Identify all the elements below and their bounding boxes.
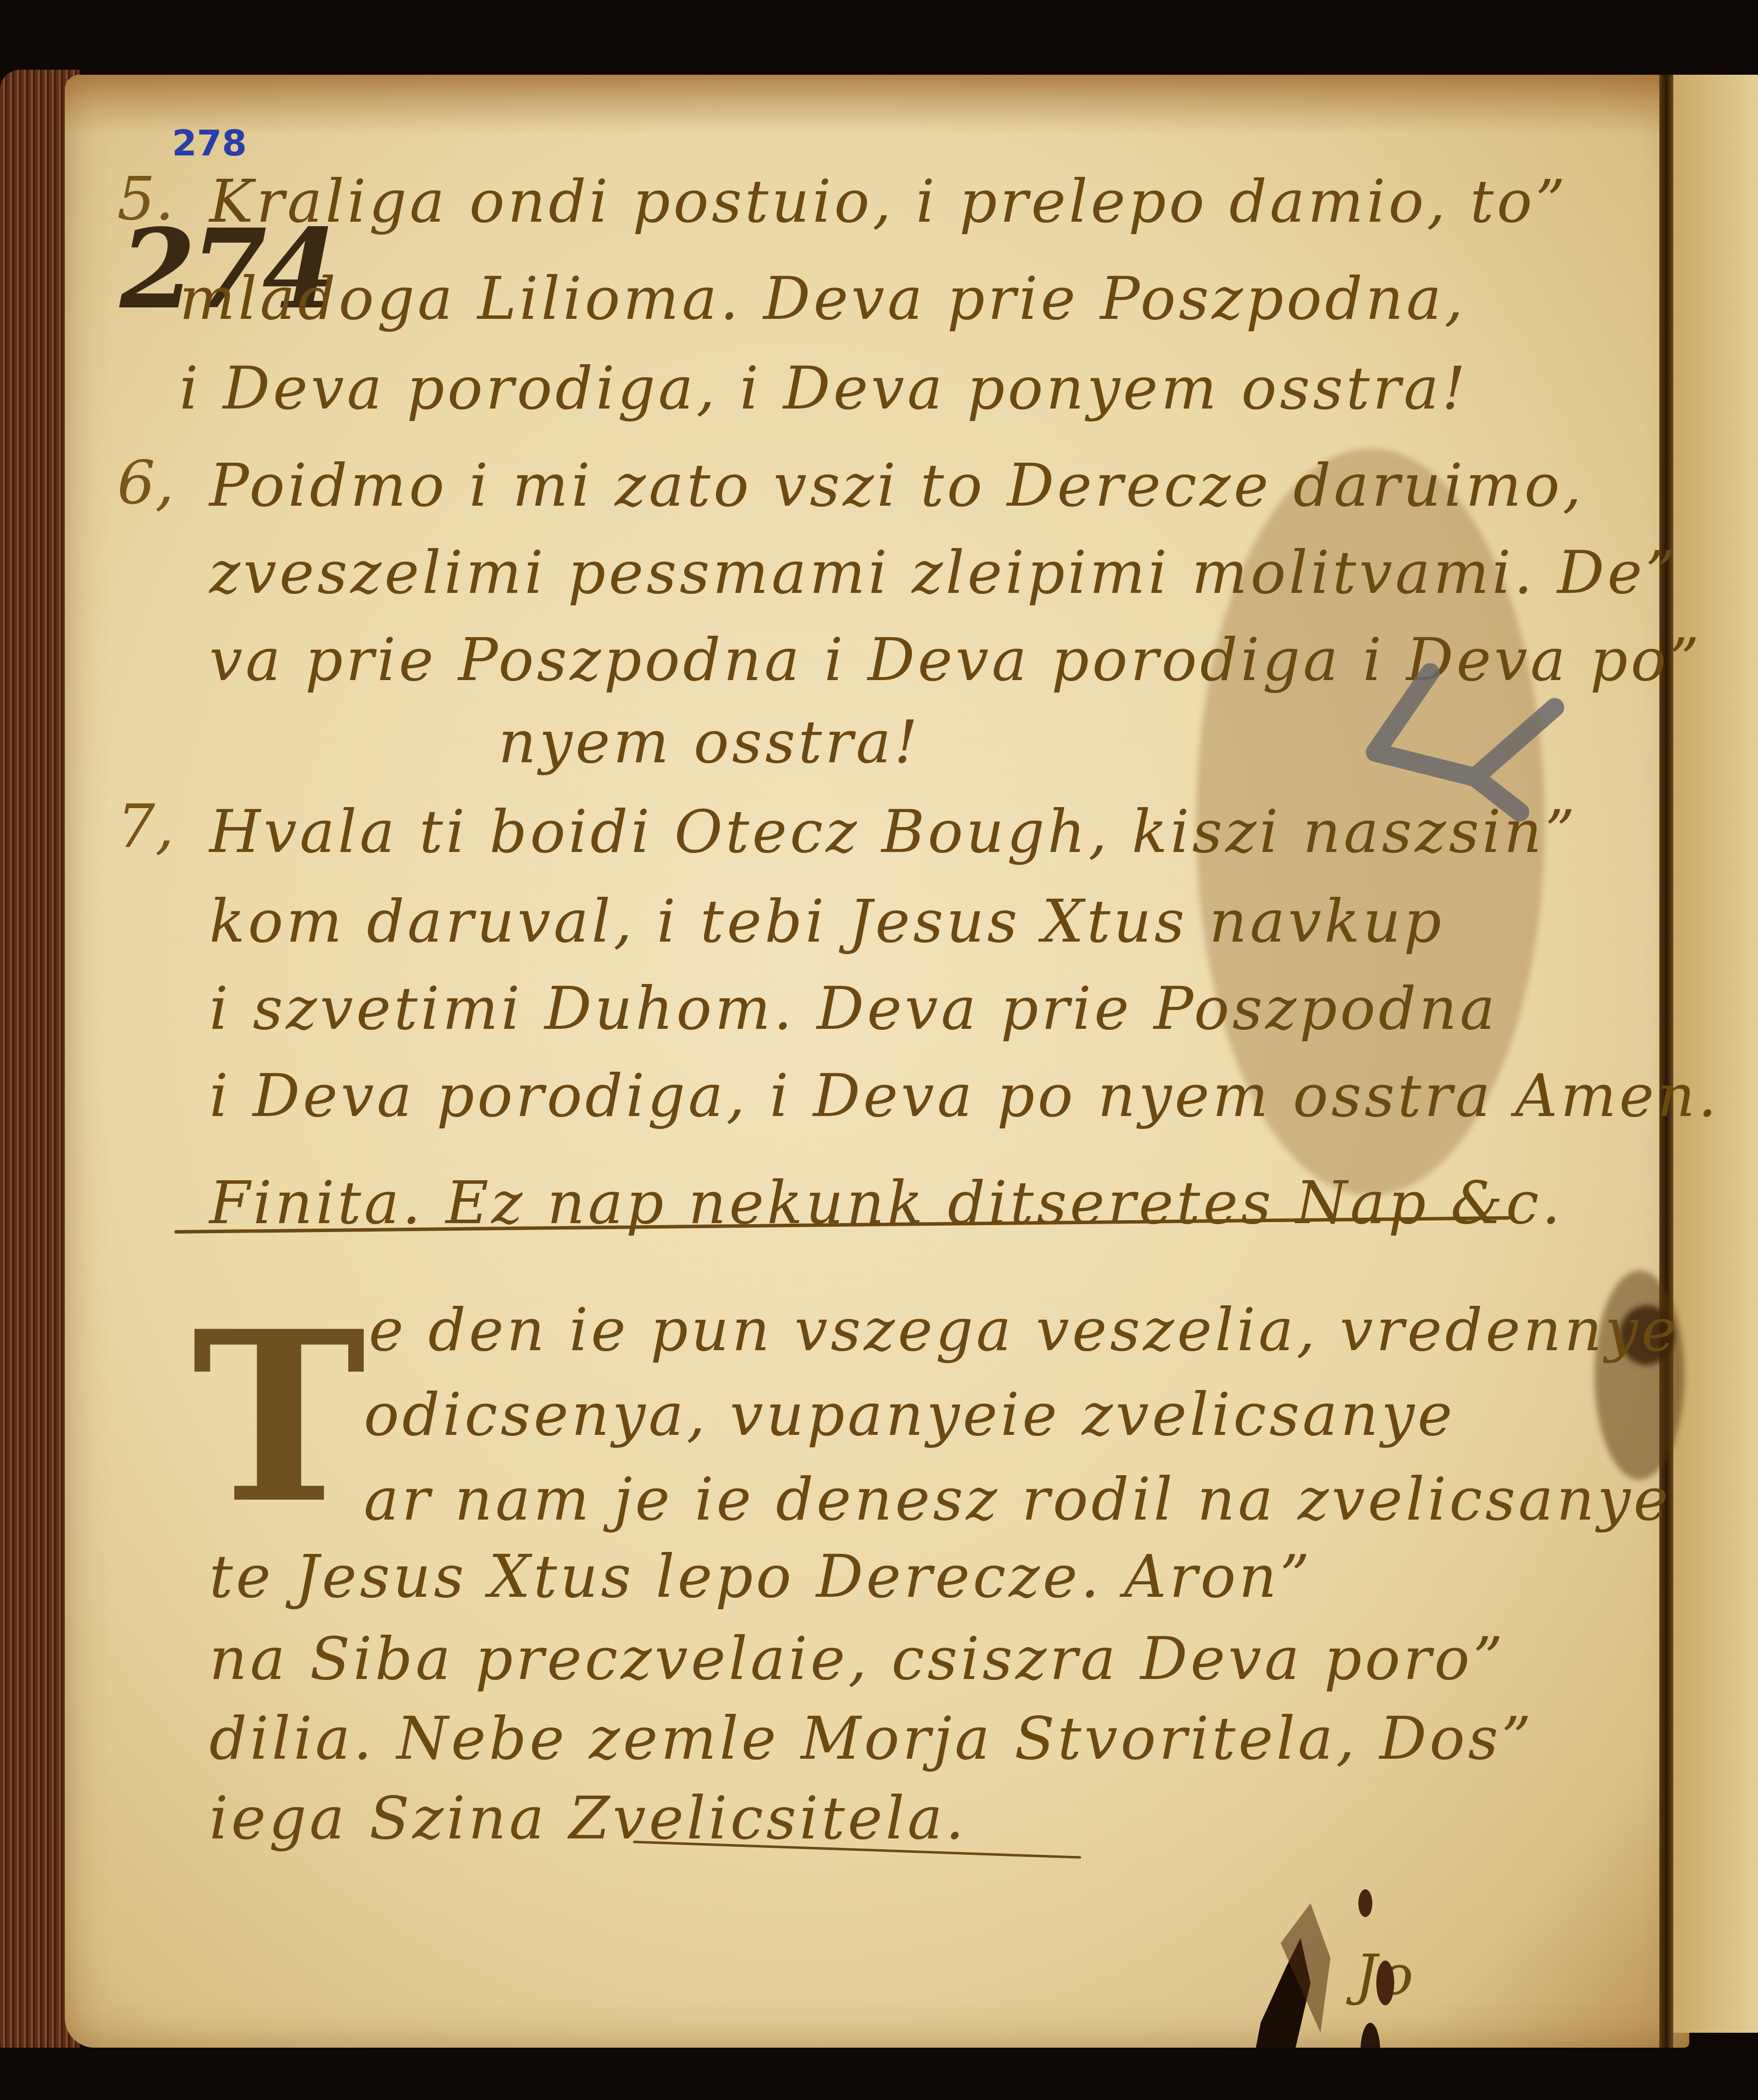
text-line: dilia. Nebe zemle Morja Stvoritela, Dos” <box>209 1704 1534 1773</box>
text-line: Kraliga ondi postuio, i prelepo damio, t… <box>209 167 1568 236</box>
text-line: na Siba preczvelaie, csiszra Deva poro” <box>209 1624 1506 1693</box>
verse-number: 6, <box>117 448 174 518</box>
text-line: Hvala ti boidi Otecz Bough, kiszi naszsi… <box>209 797 1578 866</box>
manuscript-photo: 278 274 5. Kraliga ondi postuio, i prele… <box>0 0 1758 2100</box>
closing-rubric: Finita. Ez nap nekunk ditseretes Nap &c. <box>209 1168 1564 1237</box>
text-line: odicsenya, vupanyeie zvelicsanye <box>364 1380 1456 1449</box>
text-line: zveszelimi pessmami zleipimi molitvami. … <box>209 538 1678 607</box>
text-line: iega Szina Zvelicsitela. <box>209 1784 967 1852</box>
text-line: i Deva porodiga, i Deva po nyem osstra A… <box>209 1061 1720 1130</box>
text-line: ar nam je ie denesz rodil na zvelicsanye <box>364 1465 1671 1534</box>
text-line: te Jesus Xtus lepo Derecze. Aron” <box>209 1542 1313 1611</box>
facing-page-edge <box>1673 75 1758 2033</box>
text-line: Poidmo i mi zato vszi to Derecze daruimo… <box>209 451 1585 520</box>
text-line: e den ie pun vszega veszelia, vredennye <box>369 1295 1679 1364</box>
verse-number: 7, <box>117 792 174 861</box>
text-line: nyem osstra! <box>498 707 921 776</box>
verse-number: 5. <box>117 164 174 234</box>
folio-stamp: 278 <box>172 122 247 164</box>
text-line: i Deva porodiga, i Deva ponyem osstra! <box>179 354 1468 422</box>
top-edge-stain <box>65 75 1689 135</box>
text-line: mladoga Liliomа. Deva prie Poszpodna, <box>179 264 1466 333</box>
text-line: kom daruval, i tebi Jesus Xtus navkup <box>209 887 1445 956</box>
text-line: i szvetimi Duhom. Deva prie Poszpodna <box>209 974 1498 1043</box>
decorated-initial: T <box>192 1300 366 1535</box>
bottom-shadow <box>0 2048 1758 2100</box>
